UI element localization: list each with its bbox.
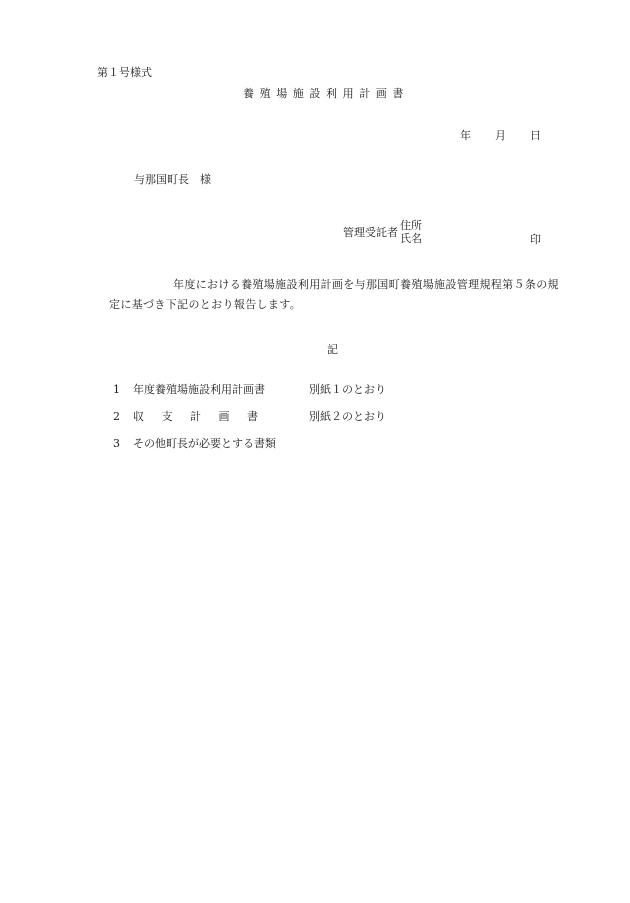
name-label: 氏名: [400, 232, 422, 245]
item-number: 1: [113, 383, 120, 396]
item-note: 別紙１のとおり: [309, 383, 386, 396]
item-label: 年度養殖場施設利用計画書: [133, 383, 265, 396]
document-page: 第１号様式 養殖場施設利用計画書 年 月 日 与那国町長様 管理受託者 住所 氏…: [0, 0, 630, 903]
applicant-fields: 住所 氏名: [400, 219, 422, 245]
seal-label: 印: [530, 233, 541, 246]
item-number: 2: [113, 410, 120, 423]
item-number: 3: [113, 437, 120, 450]
addressee-name: 与那国町長: [134, 173, 189, 186]
form-number: 第１号様式: [97, 66, 152, 79]
addressee: 与那国町長様: [134, 173, 211, 186]
applicant-role-label: 管理受託者: [343, 226, 398, 239]
addressee-honorific: 様: [200, 173, 211, 186]
date-day-label: 日: [530, 129, 541, 142]
body-text-line-2: 定に基づき下記のとおり報告します。: [109, 298, 301, 311]
ki-heading: 記: [327, 343, 338, 356]
address-label: 住所: [400, 219, 422, 232]
item-label: 収支計画書: [133, 410, 276, 423]
date-month-label: 月: [495, 129, 506, 142]
document-title: 養殖場施設利用計画書: [243, 87, 409, 100]
item-label: その他町長が必要とする書類: [133, 437, 276, 450]
item-note: 別紙２のとおり: [309, 410, 386, 423]
body-text-line-1: 年度における養殖場施設利用計画を与那国町養殖場施設管理規程第５条の規: [173, 278, 559, 291]
date-year-label: 年: [460, 129, 471, 142]
date-row: 年 月 日: [460, 129, 550, 142]
